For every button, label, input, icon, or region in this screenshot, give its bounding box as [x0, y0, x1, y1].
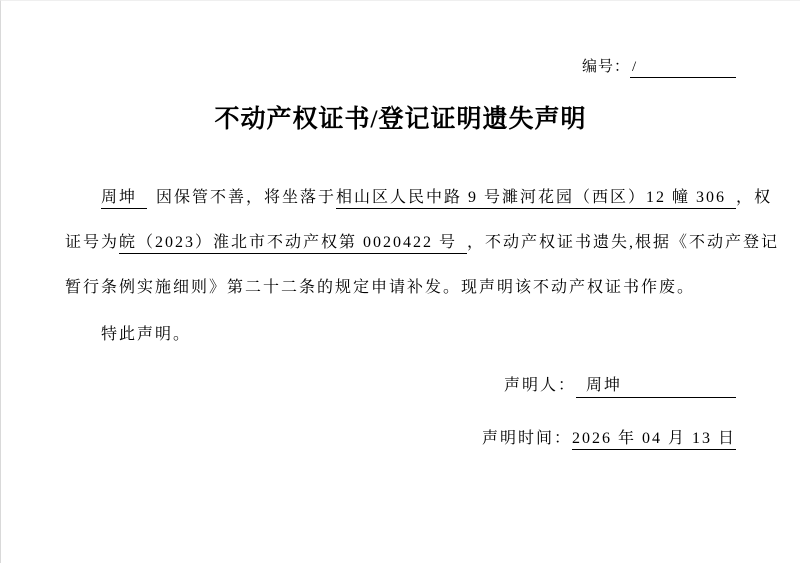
line-2-left: 证号为皖（2023）淮北市不动产权第 0020422 号， — [65, 232, 485, 253]
paragraph-line-3: 暂行条例实施细则》第二十二条的规定申请补发。现声明该不动产权证书作废。 — [65, 277, 736, 298]
serial-number-line: 编号：/ — [582, 55, 736, 78]
property-address-field: 相山区人民中路 9 号濉河花园（西区）12 幢 306 — [336, 189, 736, 209]
line-1-comma: ， — [736, 189, 754, 206]
closing-text: 特此声明。 — [101, 326, 191, 343]
certificate-no-field: 皖（2023）淮北市不动产权第 0020422 号 — [119, 234, 467, 254]
line-2-comma: ， — [467, 234, 485, 251]
declaration-paragraph: 周坤因保管不善，将坐落于相山区人民中路 9 号濉河花园（西区）12 幢 306，… — [65, 187, 736, 369]
serial-number-field: / — [630, 59, 736, 78]
declaration-document-page: 编号：/ 不动产权证书/登记证明遗失声明 周坤因保管不善，将坐落于相山区人民中路… — [0, 0, 800, 563]
certificate-no-lead: 证号为 — [65, 234, 119, 251]
line-2-rest: 不动产权证书遗失,根据《不动产登记 — [485, 232, 779, 253]
declaration-date-value: 2026 年 04 月 13 日 — [572, 430, 736, 450]
declarant-label: 声明人： — [504, 377, 576, 394]
declaration-date-line: 声明时间：2026 年 04 月 13 日 — [482, 425, 736, 448]
declarant-signature-name: 周坤 — [586, 377, 622, 394]
line-1-end: 权 — [754, 187, 772, 208]
document-title: 不动产权证书/登记证明遗失声明 — [1, 99, 800, 135]
serial-number-label: 编号： — [582, 59, 630, 75]
line-1-text: 因保管不善，将坐落于 — [156, 189, 336, 206]
declaration-date-label: 声明时间： — [482, 430, 572, 447]
closing-line: 特此声明。 — [65, 324, 736, 345]
declarant-name-field: 周坤 — [101, 189, 147, 209]
line-3-text: 暂行条例实施细则》第二十二条的规定申请补发。现声明该不动产权证书作废。 — [65, 279, 695, 296]
line-1-left: 周坤因保管不善，将坐落于相山区人民中路 9 号濉河花园（西区）12 幢 306， — [65, 187, 754, 208]
signature-block: 声明人：周坤 声明时间：2026 年 04 月 13 日 — [482, 372, 736, 475]
paragraph-line-2: 证号为皖（2023）淮北市不动产权第 0020422 号， 不动产权证书遗失,根… — [65, 232, 736, 253]
paragraph-line-1: 周坤因保管不善，将坐落于相山区人民中路 9 号濉河花园（西区）12 幢 306，… — [65, 187, 736, 208]
declarant-signature-field: 周坤 — [576, 372, 736, 398]
declarant-signature-line: 声明人：周坤 — [482, 372, 736, 398]
serial-number-value: / — [632, 59, 637, 75]
